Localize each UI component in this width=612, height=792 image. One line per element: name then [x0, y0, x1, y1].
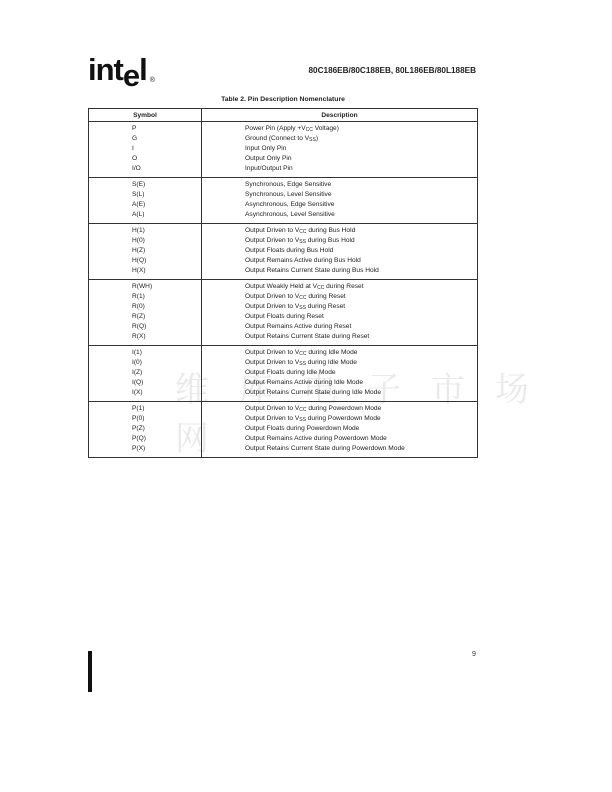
description-text: Output Floats during Reset — [202, 312, 477, 322]
description-text: Output Retains Current State during Rese… — [202, 332, 477, 342]
page-number: 9 — [472, 651, 476, 658]
description-text: Asynchronous, Edge Sensitive — [202, 200, 477, 210]
description-text: Input/Output Pin — [202, 164, 477, 174]
symbol-text: P(Q) — [89, 434, 201, 444]
symbol-text: I — [89, 144, 201, 154]
symbol-cell: R(WH)R(1)R(0)R(Z)R(Q)R(X) — [89, 280, 202, 346]
description-text: Output Remains Active during Idle Mode — [202, 378, 477, 388]
description-text: Power Pin (Apply +VCC Voltage) — [202, 124, 477, 134]
description-text: Synchronous, Level Sensitive — [202, 190, 477, 200]
symbol-text: R(WH) — [89, 282, 201, 292]
description-text: Output Floats during Bus Hold — [202, 246, 477, 256]
description-text: Output Driven to VCC during Idle Mode — [202, 348, 477, 358]
table-header-row: Symbol Description — [89, 109, 478, 122]
description-text: Output Retains Current State during Idle… — [202, 388, 477, 398]
intel-logo: intel® — [88, 54, 154, 85]
symbol-text: H(Q) — [89, 256, 201, 266]
symbol-text: P — [89, 124, 201, 134]
symbol-text: H(Z) — [89, 246, 201, 256]
logo-text-e: e — [123, 58, 139, 93]
symbol-text: I(X) — [89, 388, 201, 398]
description-cell: Synchronous, Edge SensitiveSynchronous, … — [202, 178, 478, 224]
symbol-text: H(0) — [89, 236, 201, 246]
description-text: Output Weakly Held at VCC during Reset — [202, 282, 477, 292]
column-header-description: Description — [202, 109, 478, 122]
symbol-text: R(X) — [89, 332, 201, 342]
description-text: Output Driven to VSS during Powerdown Mo… — [202, 414, 477, 424]
description-text: Output Remains Active during Bus Hold — [202, 256, 477, 266]
table-group: H(1)H(0)H(Z)H(Q)H(X)Output Driven to VCC… — [89, 224, 478, 280]
symbol-text: A(E) — [89, 200, 201, 210]
description-cell: Output Driven to VCC during Bus HoldOutp… — [202, 224, 478, 280]
symbol-text: I(Z) — [89, 368, 201, 378]
description-text: Output Floats during Powerdown Mode — [202, 424, 477, 434]
symbol-cell: H(1)H(0)H(Z)H(Q)H(X) — [89, 224, 202, 280]
symbol-text: G — [89, 134, 201, 144]
table-body: PGIOI/OPower Pin (Apply +VCC Voltage)Gro… — [89, 122, 478, 458]
description-text: Asynchronous, Level Sensitive — [202, 210, 477, 220]
description-text: Output Driven to VSS during Bus Hold — [202, 236, 477, 246]
description-text: Output Driven to VSS during Reset — [202, 302, 477, 312]
document-title: 80C186EB/80C188EB, 80L186EB/80L188EB — [309, 66, 477, 75]
symbol-cell: I(1)I(0)I(Z)I(Q)I(X) — [89, 346, 202, 402]
description-text: Output Driven to VSS during Idle Mode — [202, 358, 477, 368]
symbol-cell: P(1)P(0)P(Z)P(Q)P(X) — [89, 402, 202, 458]
symbol-text: P(X) — [89, 444, 201, 454]
symbol-text: R(0) — [89, 302, 201, 312]
description-cell: Output Weakly Held at VCC during ResetOu… — [202, 280, 478, 346]
symbol-text: S(L) — [89, 190, 201, 200]
description-text: Output Driven to VCC during Bus Hold — [202, 226, 477, 236]
description-cell: Output Driven to VCC during Powerdown Mo… — [202, 402, 478, 458]
change-bar — [88, 651, 92, 692]
symbol-text: H(X) — [89, 266, 201, 276]
registered-mark: ® — [150, 77, 154, 84]
table-group: S(E)S(L)A(E)A(L)Synchronous, Edge Sensit… — [89, 178, 478, 224]
symbol-text: I/O — [89, 164, 201, 174]
symbol-text: P(Z) — [89, 424, 201, 434]
description-text: Output Floats during Idle Mode — [202, 368, 477, 378]
symbol-text: O — [89, 154, 201, 164]
description-text: Ground (Connect to VSS) — [202, 134, 477, 144]
description-text: Synchronous, Edge Sensitive — [202, 180, 477, 190]
symbol-cell: S(E)S(L)A(E)A(L) — [89, 178, 202, 224]
symbol-text: R(1) — [89, 292, 201, 302]
symbol-text: S(E) — [89, 180, 201, 190]
symbol-text: I(0) — [89, 358, 201, 368]
description-text: Output Remains Active during Powerdown M… — [202, 434, 477, 444]
symbol-text: P(1) — [89, 404, 201, 414]
table-title: Table 2. Pin Description Nomenclature — [88, 96, 478, 103]
description-text: Output Remains Active during Reset — [202, 322, 477, 332]
description-text: Output Retains Current State during Bus … — [202, 266, 477, 276]
symbol-text: P(0) — [89, 414, 201, 424]
table-group: I(1)I(0)I(Z)I(Q)I(X)Output Driven to VCC… — [89, 346, 478, 402]
description-cell: Power Pin (Apply +VCC Voltage)Ground (Co… — [202, 122, 478, 178]
table-group: PGIOI/OPower Pin (Apply +VCC Voltage)Gro… — [89, 122, 478, 178]
table-group: P(1)P(0)P(Z)P(Q)P(X)Output Driven to VCC… — [89, 402, 478, 458]
table-group: R(WH)R(1)R(0)R(Z)R(Q)R(X)Output Weakly H… — [89, 280, 478, 346]
description-text: Input Only Pin — [202, 144, 477, 154]
logo-text-int: int — [88, 52, 123, 87]
pin-description-table: Symbol Description PGIOI/OPower Pin (App… — [88, 108, 478, 458]
logo-text-l: l — [139, 52, 147, 87]
description-text: Output Retains Current State during Powe… — [202, 444, 477, 454]
description-text: Output Driven to VCC during Reset — [202, 292, 477, 302]
description-text: Output Driven to VCC during Powerdown Mo… — [202, 404, 477, 414]
symbol-text: I(Q) — [89, 378, 201, 388]
symbol-text: H(1) — [89, 226, 201, 236]
column-header-symbol: Symbol — [89, 109, 202, 122]
symbol-text: R(Z) — [89, 312, 201, 322]
description-cell: Output Driven to VCC during Idle ModeOut… — [202, 346, 478, 402]
symbol-text: R(Q) — [89, 322, 201, 332]
symbol-cell: PGIOI/O — [89, 122, 202, 178]
description-text: Output Only Pin — [202, 154, 477, 164]
symbol-text: A(L) — [89, 210, 201, 220]
symbol-text: I(1) — [89, 348, 201, 358]
